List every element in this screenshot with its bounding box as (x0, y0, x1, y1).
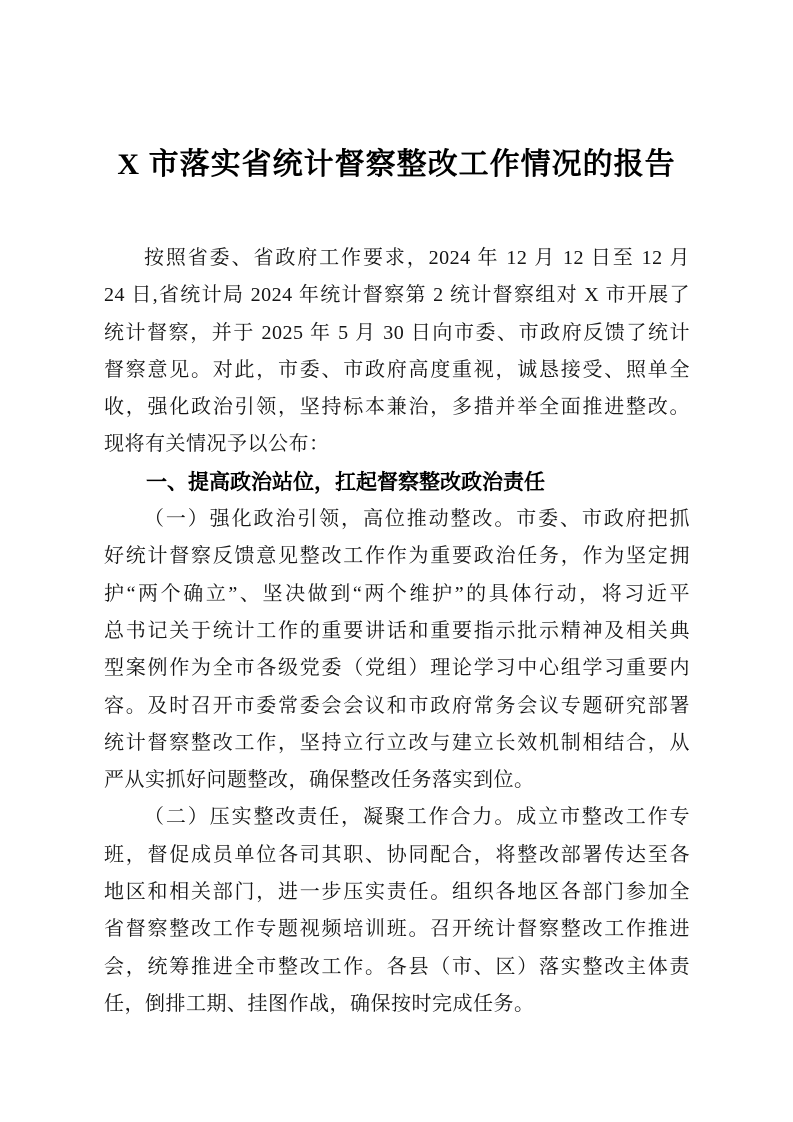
text-line: （二）压实整改责任，凝聚工作合力。成立市整改工作专 (104, 799, 690, 836)
text-line: 督察意见。对此，市委、市政府高度重视，诚恳接受、照单全 (104, 352, 690, 389)
document-body: 按照省委、省政府工作要求，2024 年 12 月 12 日至 12 月24 日,… (104, 240, 690, 1023)
section-heading: 一、提高政治站位，扛起督察整改政治责任 (104, 464, 690, 501)
text-line: 统计督察，并于 2025 年 5 月 30 日向市委、市政府反馈了统计 (104, 315, 690, 352)
text-line: 省督察整改工作专题视频培训班。召开统计督察整改工作推进 (104, 911, 690, 948)
text-line: 任，倒排工期、挂图作战，确保按时完成任务。 (104, 986, 690, 1023)
document-page: X 市落实省统计督察整改工作情况的报告 按照省委、省政府工作要求，2024 年 … (0, 0, 793, 1122)
text-line: 班，督促成员单位各司其职、协同配合，将整改部署传达至各 (104, 837, 690, 874)
text-line: 总书记关于统计工作的重要讲话和重要指示批示精神及相关典 (104, 613, 690, 650)
document-title: X 市落实省统计督察整改工作情况的报告 (0, 0, 793, 188)
text-line: 统计督察整改工作，坚持立行立改与建立长效机制相结合，从 (104, 725, 690, 762)
text-line: 型案例作为全市各级党委（党组）理论学习中心组学习重要内 (104, 650, 690, 687)
text-line: 现将有关情况予以公布： (104, 426, 690, 463)
text-line: 收，强化政治引领，坚持标本兼治，多措并举全面推进整改。 (104, 389, 690, 426)
text-line: 24 日,省统计局 2024 年统计督察第 2 统计督察组对 X 市开展了 (104, 277, 690, 314)
text-line: 按照省委、省政府工作要求，2024 年 12 月 12 日至 12 月 (104, 240, 690, 277)
text-line: 容。及时召开市委常委会会议和市政府常务会议专题研究部署 (104, 688, 690, 725)
text-line: 严从实抓好问题整改，确保整改任务落实到位。 (104, 762, 690, 799)
text-line: 会，统筹推进全市整改工作。各县（市、区）落实整改主体责 (104, 949, 690, 986)
text-line: 地区和相关部门，进一步压实责任。组织各地区各部门参加全 (104, 874, 690, 911)
text-line: 护“两个确立”、坚决做到“两个维护”的具体行动，将习近平 (104, 576, 690, 613)
text-line: 好统计督察反馈意见整改工作作为重要政治任务，作为坚定拥 (104, 538, 690, 575)
text-line: （一）强化政治引领，高位推动整改。市委、市政府把抓 (104, 501, 690, 538)
